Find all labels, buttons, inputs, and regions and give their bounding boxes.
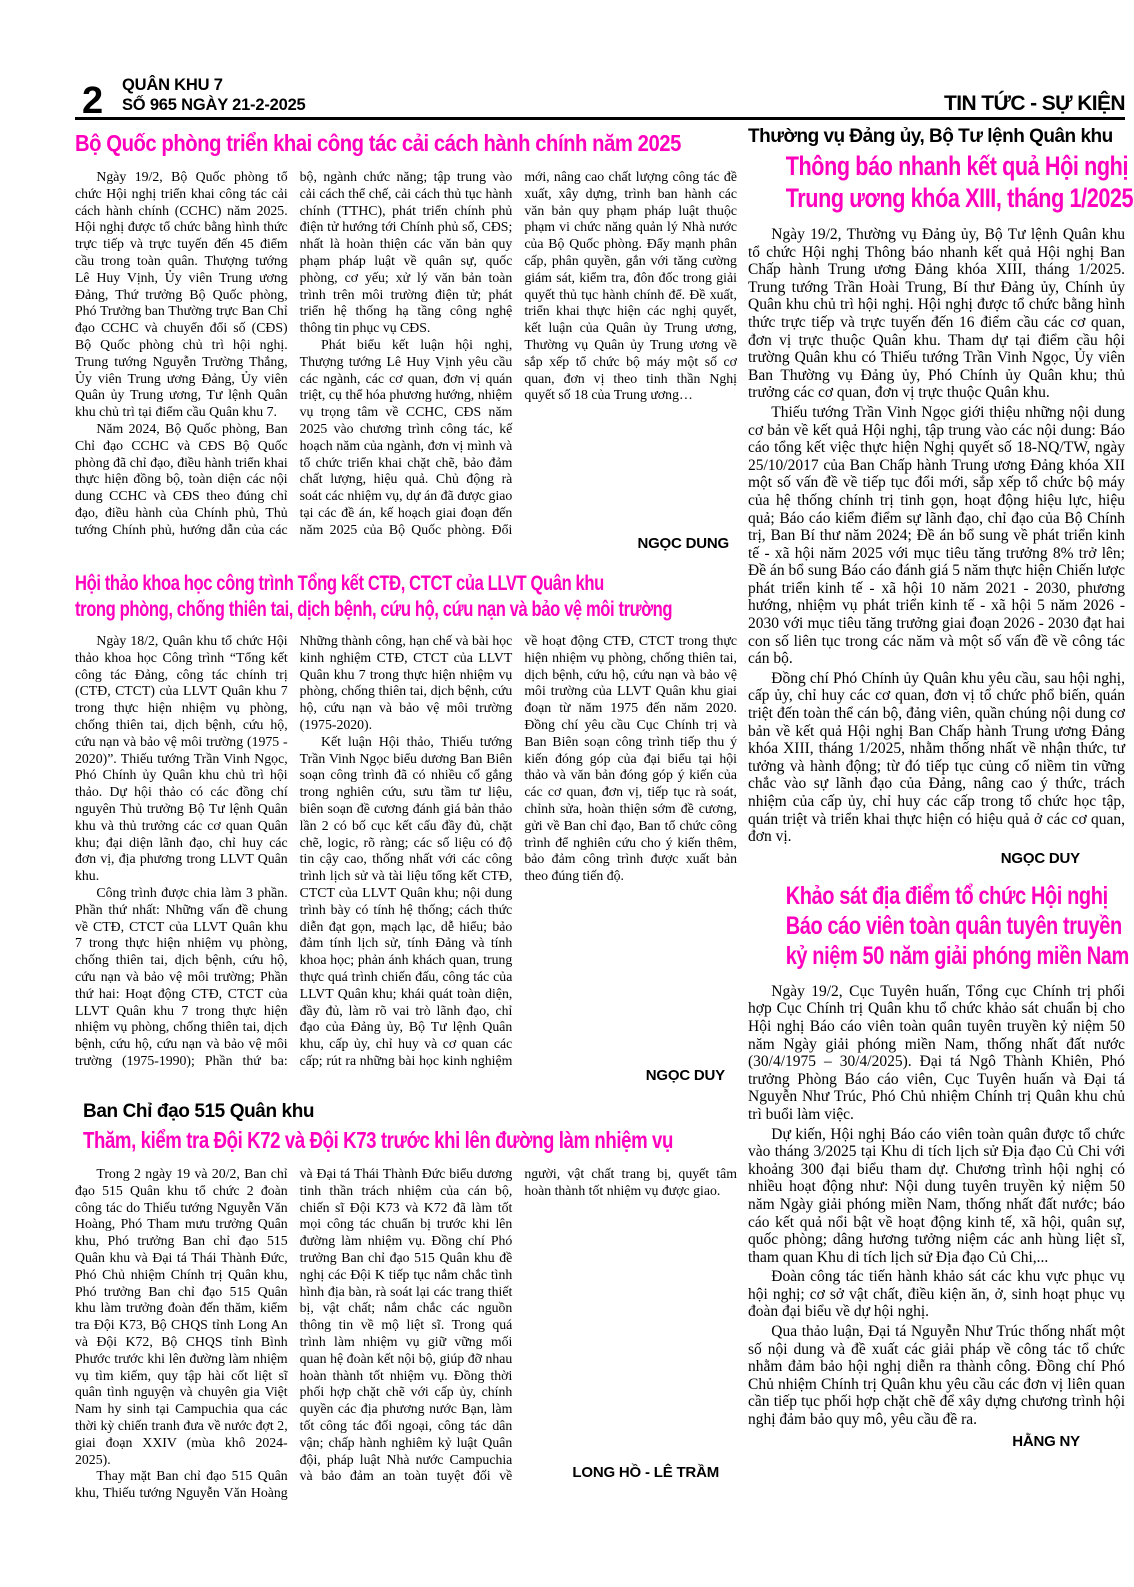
masthead-title: QUÂN KHU 7	[122, 75, 306, 95]
article-cchc-body: Ngày 19/2, Bộ Quốc phòng tổ chức Hội ngh…	[75, 169, 737, 553]
paragraph: Trong 2 ngày 19 và 20/2, Ban chỉ đạo 515…	[75, 1166, 288, 1468]
paragraph: Dự kiến, Hội nghị Báo cáo viên toàn quân…	[748, 1126, 1125, 1267]
article-khaosat: Khảo sát địa điểm tổ chức Hội nghị Báo c…	[748, 881, 1125, 1450]
paragraph: Ngày 19/2, Bộ Quốc phòng tổ chức Hội ngh…	[75, 169, 288, 421]
article-thongbao-kicker: Thường vụ Đảng ủy, Bộ Tư lệnh Quân khu	[748, 126, 1125, 148]
paragraph: Qua thảo luận, Đại tá Nguyễn Như Trúc th…	[748, 1323, 1125, 1429]
article-khaosat-headline: Khảo sát địa điểm tổ chức Hội nghị Báo c…	[748, 881, 1125, 971]
article-k515: Ban Chỉ đạo 515 Quân khu Thăm, kiểm tra …	[75, 1101, 737, 1504]
article-hoithao-headline: Hội thảo khoa học công trình Tổng kết CT…	[75, 571, 737, 623]
section-title: TIN TỨC - SỰ KIỆN	[944, 92, 1125, 116]
paragraph: Ngày 19/2, Cục Tuyên huấn, Tổng cục Chín…	[748, 983, 1125, 1124]
headline-line: Hội thảo khoa học công trình Tổng kết CT…	[75, 571, 598, 597]
article-hoithao-byline: NGỌC DUY	[636, 1068, 725, 1085]
article-thongbao-headline: Thông báo nhanh kết quả Hội nghị Trung ư…	[748, 150, 1125, 214]
article-hoithao-body: Ngày 18/2, Quân khu tổ chức Hội thảo kho…	[75, 633, 737, 1085]
newspaper-page: 2 QUÂN KHU 7 SỐ 965 NGÀY 21-2-2025 TIN T…	[0, 0, 1134, 1587]
article-khaosat-byline: HẰNG NY	[748, 1433, 1125, 1450]
article-thongbao-body: Ngày 19/2, Thường vụ Đảng ủy, Bộ Tư lệnh…	[748, 226, 1125, 846]
paragraph: Thiếu tướng Trần Vinh Ngọc giới thiệu nh…	[748, 404, 1125, 668]
article-k515-headline: Thăm, kiểm tra Đội K72 và Đội K73 trước …	[83, 1127, 613, 1154]
headline-line: trong phòng, chống thiên tai, dịch bệnh,…	[75, 597, 598, 623]
headline-line: Thông báo nhanh kết quả Hội nghị	[786, 150, 1088, 182]
article-hoithao: Hội thảo khoa học công trình Tổng kết CT…	[75, 571, 737, 1085]
article-cchc: Bộ Quốc phòng triển khai công tác cải cá…	[75, 130, 737, 553]
right-column: Thường vụ Đảng ủy, Bộ Tư lệnh Quân khu T…	[748, 126, 1125, 1450]
article-cchc-byline: NGỌC DUNG	[627, 536, 729, 553]
paragraph: Đoàn công tác tiến hành khảo sát các khu…	[748, 1268, 1125, 1321]
article-thongbao: Thường vụ Đảng ủy, Bộ Tư lệnh Quân khu T…	[748, 126, 1125, 867]
header-rule	[75, 117, 1125, 120]
article-cchc-headline: Bộ Quốc phòng triển khai công tác cải cá…	[75, 130, 658, 157]
article-thongbao-byline: NGỌC DUY	[748, 850, 1125, 867]
article-k515-kicker: Ban Chỉ đạo 515 Quân khu	[83, 1101, 737, 1123]
headline-line: Khảo sát địa điểm tổ chức Hội nghị	[786, 881, 1088, 911]
masthead: QUÂN KHU 7 SỐ 965 NGÀY 21-2-2025	[122, 75, 306, 115]
article-k515-body: Trong 2 ngày 19 và 20/2, Ban chỉ đạo 515…	[75, 1166, 737, 1504]
headline-line: Trung ương khóa XIII, tháng 1/2025	[786, 182, 1088, 214]
article-k515-byline: LONG HỒ - LÊ TRẦM	[562, 1465, 719, 1482]
page-number: 2	[82, 82, 103, 120]
masthead-issue: SỐ 965 NGÀY 21-2-2025	[122, 95, 306, 115]
headline-line: kỷ niệm 50 năm giải phóng miền Nam	[786, 941, 1088, 971]
paragraph: Ngày 18/2, Quân khu tổ chức Hội thảo kho…	[75, 633, 288, 885]
paragraph: Đồng chí Phó Chính ủy Quân khu yêu cầu, …	[748, 670, 1125, 846]
article-khaosat-body: Ngày 19/2, Cục Tuyên huấn, Tổng cục Chín…	[748, 983, 1125, 1429]
left-column: Bộ Quốc phòng triển khai công tác cải cá…	[75, 130, 737, 1504]
paragraph: Ngày 19/2, Thường vụ Đảng ủy, Bộ Tư lệnh…	[748, 226, 1125, 402]
headline-line: Báo cáo viên toàn quân tuyên truyền	[786, 911, 1088, 941]
